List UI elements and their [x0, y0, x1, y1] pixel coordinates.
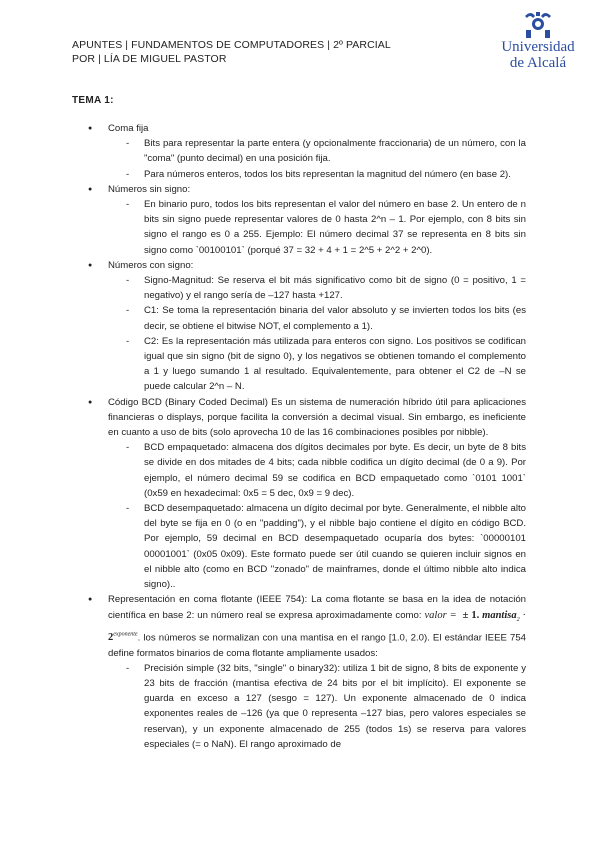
header-title: APUNTES | FUNDAMENTOS DE COMPUTADORES | …	[72, 38, 391, 52]
list-item: Bits para representar la parte entera (y…	[108, 136, 526, 166]
topic-coma-fija: Coma fija Bits para representar la parte…	[88, 121, 526, 182]
document-header: APUNTES | FUNDAMENTOS DE COMPUTADORES | …	[72, 38, 391, 66]
list-item: Para números enteros, todos los bits rep…	[108, 167, 526, 182]
topic-con-signo: Números con signo: Signo-Magnitud: Se re…	[88, 258, 526, 395]
crest-icon	[521, 10, 555, 40]
notes-body: Coma fija Bits para representar la parte…	[88, 121, 526, 752]
list-item: Signo-Magnitud: Se reserva el bit más si…	[108, 273, 526, 303]
list-item: Precisión simple (32 bits, "single" o bi…	[108, 661, 526, 752]
header-author: POR | LÍA DE MIGUEL PASTOR	[72, 52, 391, 66]
list-item: BCD empaquetado: almacena dos dígitos de…	[108, 440, 526, 501]
list-item: En binario puro, todos los bits represen…	[108, 197, 526, 258]
list-item: C2: Es la representación más utilizada p…	[108, 334, 526, 395]
university-logo: Universidad de Alcalá	[498, 10, 578, 71]
logo-text-line2: de Alcalá	[498, 55, 578, 71]
topic-bcd: Código BCD (Binary Coded Decimal) Es un …	[88, 395, 526, 593]
list-item: C1: Se toma la representación binaria de…	[108, 303, 526, 333]
topic-sin-signo: Números sin signo: En binario puro, todo…	[88, 182, 526, 258]
logo-text-line1: Universidad	[498, 40, 578, 55]
list-item: BCD desempaquetado: almacena un dígito d…	[108, 501, 526, 592]
section-title: TEMA 1:	[72, 95, 114, 106]
topic-coma-flotante: Representación en coma flotante (IEEE 75…	[88, 592, 526, 752]
